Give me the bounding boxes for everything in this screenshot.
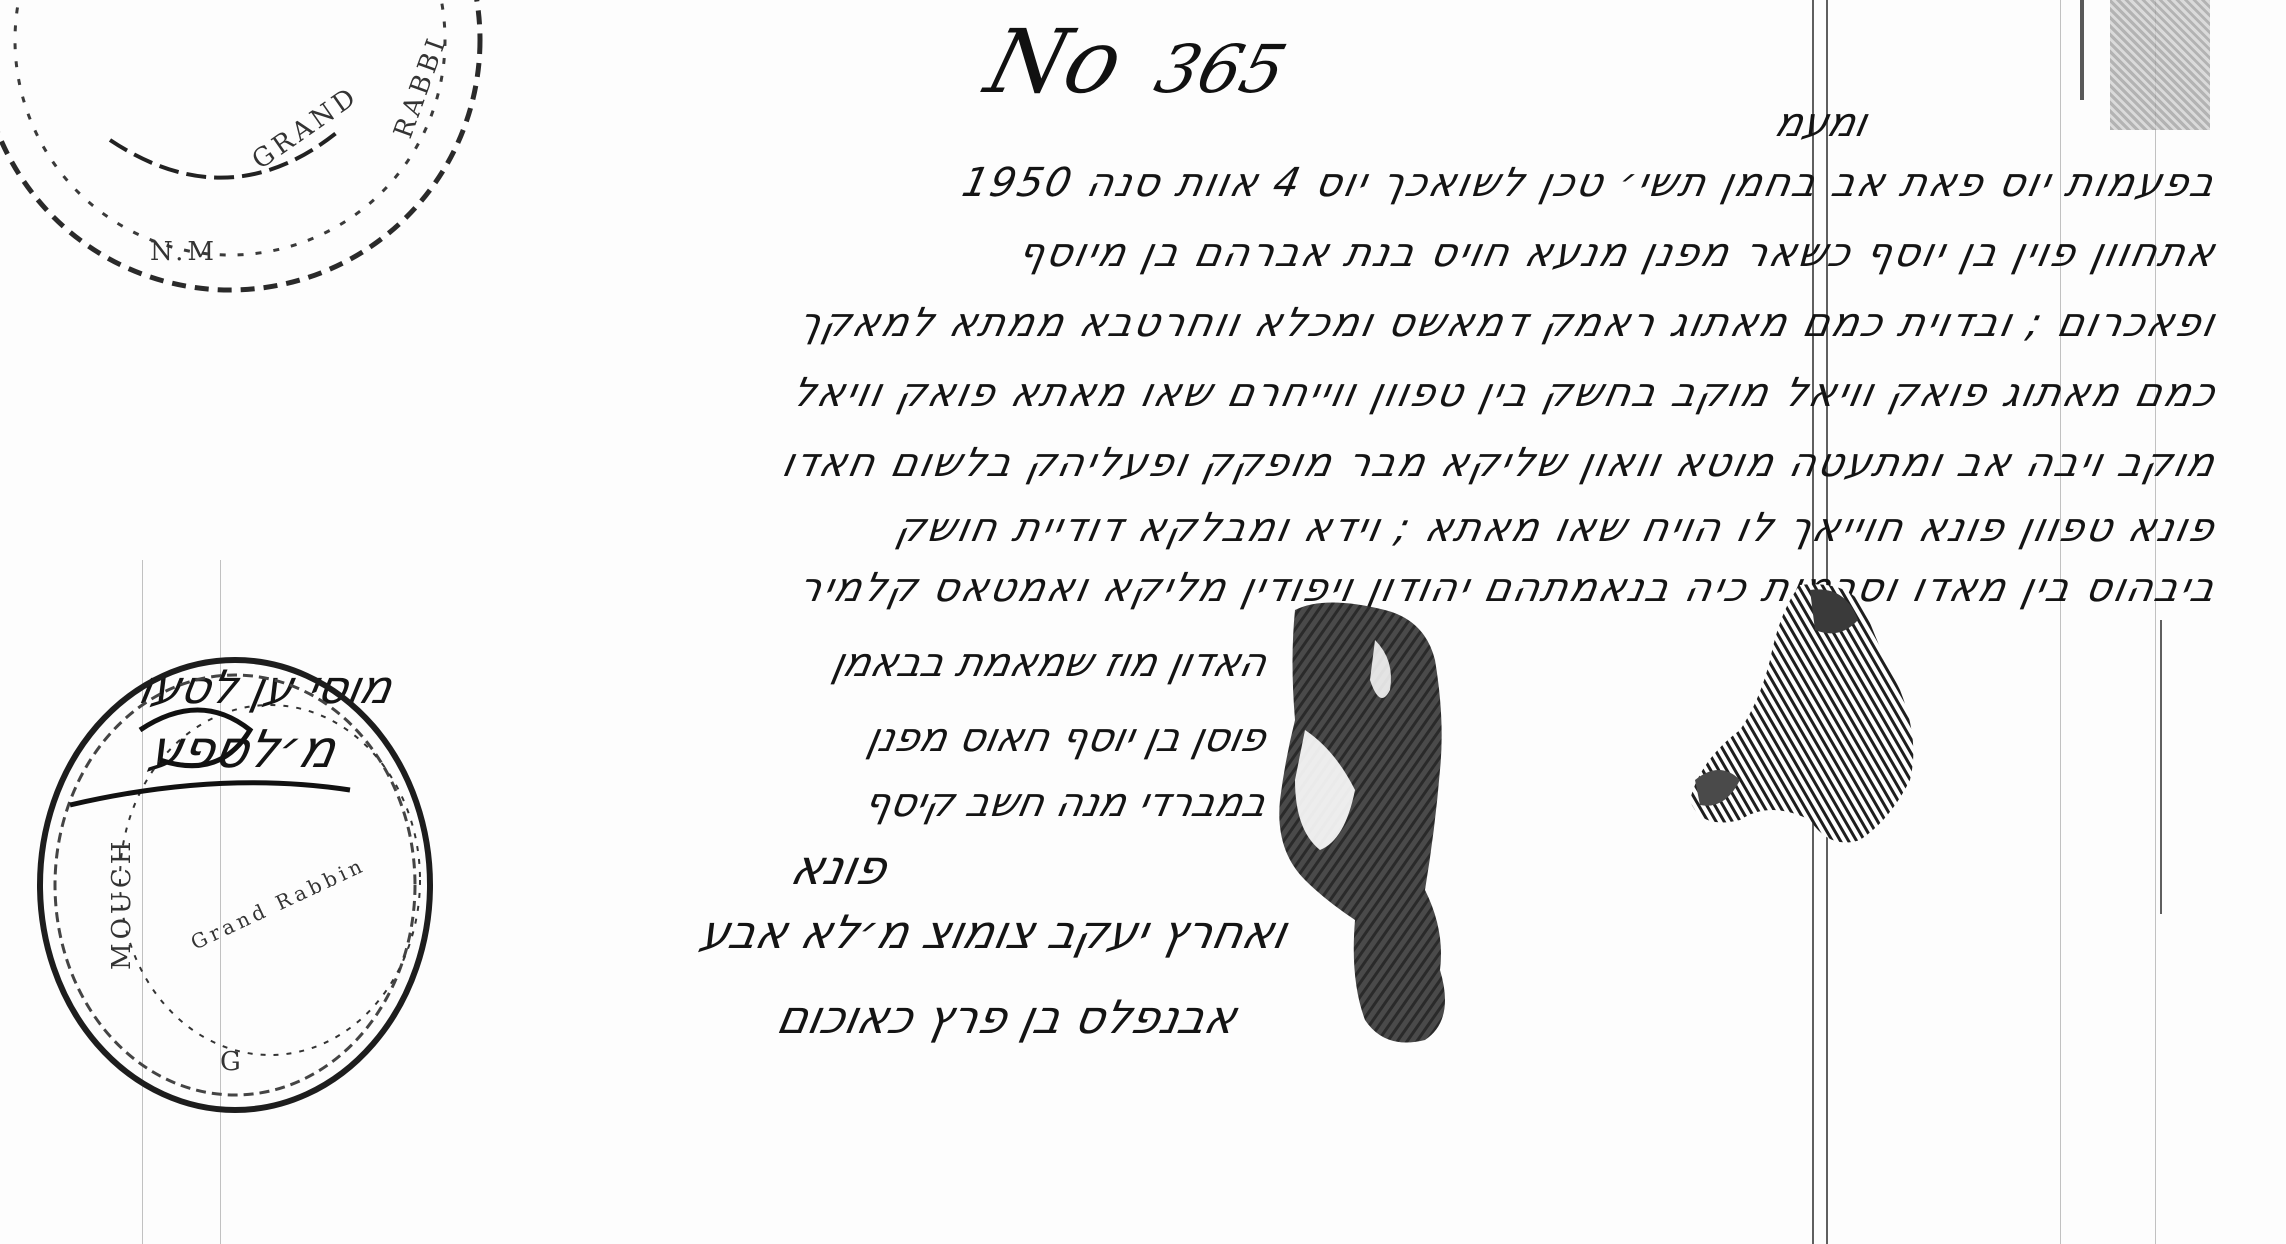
- witness-line-2: פוסן בן יוסף חאוס מפנן: [863, 715, 1271, 761]
- body-line-6: פונא טפוון פונא חוייאך לו הויח שאו מאתא …: [892, 505, 2220, 551]
- document-heading-word: ומעמ: [1771, 100, 1871, 146]
- body-line-5: מוקב ויבה אב ומתעטה מוטא וואון שליקא מבר…: [778, 440, 2221, 486]
- svg-text:GRAND: GRAND: [247, 81, 365, 176]
- signature-line-1: ואחרץ יעקב צומוצ מ׳לא אבע: [695, 905, 1292, 959]
- witness-line-1: האדון מוז שמאמת בבאמן: [828, 640, 1271, 686]
- vertical-rule: [2160, 620, 2162, 914]
- body-line-3: ופאכרום ; ובדוית כמם מאתוג ראמק דמאשס ומ…: [794, 300, 2220, 346]
- bottom-left-stamp-icon: MOUCH Grand Rabbin G: [20, 650, 460, 1130]
- document-number: No365: [976, 10, 1300, 113]
- body-line-4: כמם מאתוג פואק וויאל מוקב בחשק בין טפוון…: [788, 370, 2221, 416]
- body-line-1: בפעמות יוס פאת אב בחמן תשי׳ טכן לשואכך י…: [959, 160, 2221, 206]
- svg-text:Grand Rabbin: Grand Rabbin: [187, 853, 369, 955]
- top-left-stamp-icon: GRAND RABBI N.M: [0, 0, 540, 320]
- scan-smudge: [2110, 0, 2210, 130]
- svg-text:RABBI: RABBI: [388, 32, 453, 143]
- signature-line-2: אבנפלס בן פרץ כאוכום: [772, 990, 1241, 1044]
- edge-mark: [2080, 0, 2084, 100]
- body-line-2: אתחוון פוין בן יוסף כשאר מפנן מנעא חויס …: [1014, 230, 2221, 276]
- svg-text:MOUCH: MOUCH: [107, 838, 137, 970]
- svg-text:G: G: [220, 1047, 245, 1077]
- number-value: 365: [1148, 31, 1295, 108]
- number-label: No: [976, 10, 1134, 113]
- witness-line-3: במברדי מנה חשב קיסף: [860, 780, 1270, 826]
- scanned-document-page: GRAND RABBI N.M No365 ומעמ בפעמות יוס פא…: [0, 0, 2286, 1244]
- fingerprint-right-icon: [1680, 580, 2020, 880]
- svg-text:N.M: N.M: [150, 237, 218, 267]
- witness-line-4: פונא: [786, 840, 892, 896]
- fingerprint-left-icon: [1265, 600, 1645, 1080]
